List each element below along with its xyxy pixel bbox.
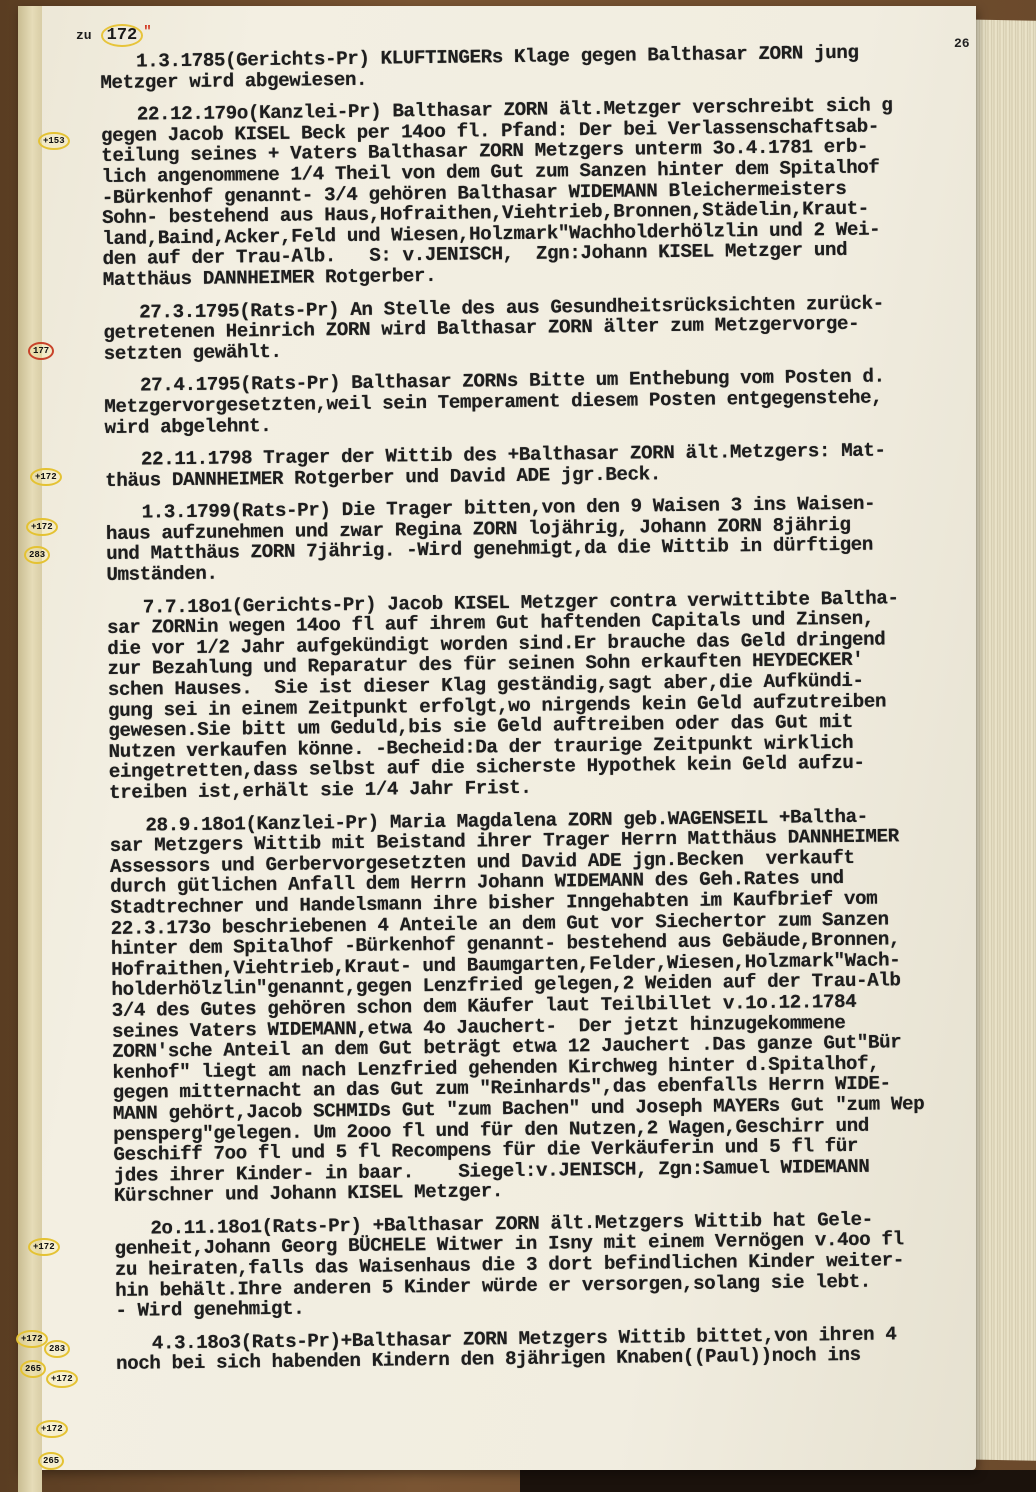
page-header: zu 172" xyxy=(76,24,152,47)
margin-note: +172 xyxy=(26,518,58,536)
margin-note: +172 xyxy=(46,1370,78,1388)
reference-number: 172 xyxy=(101,24,144,47)
margin-note: +172 xyxy=(28,1238,60,1256)
margin-note: 265 xyxy=(38,1452,64,1470)
document-body: 1.3.1785(Gerichts-Pr) KLUFTINGERs Klage … xyxy=(100,41,1006,1387)
document-entry: 7.7.18o1(Gerichts-Pr) Jacob KISEL Metzge… xyxy=(107,587,999,804)
header-prefix: zu xyxy=(76,28,92,43)
document-entry: 28.9.18o1(Kanzlei-Pr) Maria Magdalena ZO… xyxy=(109,805,1004,1207)
margin-note: +153 xyxy=(38,132,70,150)
book-binding xyxy=(18,6,42,1492)
reference-tick: " xyxy=(143,24,151,40)
document-entry: 4.3.18o3(Rats-Pr)+Balthasar ZORN Metzger… xyxy=(116,1323,1006,1375)
margin-note: 265 xyxy=(20,1360,46,1378)
document-entry: 22.12.179o(Kanzlei-Pr) Balthasar ZORN äl… xyxy=(101,94,993,290)
margin-note: 283 xyxy=(44,1340,70,1358)
document-entry: 1.3.1785(Gerichts-Pr) KLUFTINGERs Klage … xyxy=(100,41,990,93)
document-page: zu 172" 26 +153 177 +172 +172 283 +172 +… xyxy=(18,6,976,1470)
margin-note: 283 xyxy=(24,546,50,564)
margin-note: 177 xyxy=(28,342,54,360)
document-entry: 22.11.1798 Trager der Wittib des +Baltha… xyxy=(105,439,995,491)
margin-note: +172 xyxy=(36,1420,68,1438)
margin-note: +172 xyxy=(16,1330,48,1348)
document-entry: 2o.11.18o1(Rats-Pr) +Balthasar ZORN ält.… xyxy=(114,1208,1005,1322)
bottom-shadow xyxy=(520,1470,1036,1492)
document-entry: 27.4.1795(Rats-Pr) Balthasar ZORNs Bitte… xyxy=(104,365,995,438)
document-entry: 27.3.1795(Rats-Pr) An Stelle des aus Ges… xyxy=(103,292,994,365)
margin-note: +172 xyxy=(30,468,62,486)
document-entry: 1.3.1799(Rats-Pr) Die Trager bitten,von … xyxy=(106,492,997,585)
